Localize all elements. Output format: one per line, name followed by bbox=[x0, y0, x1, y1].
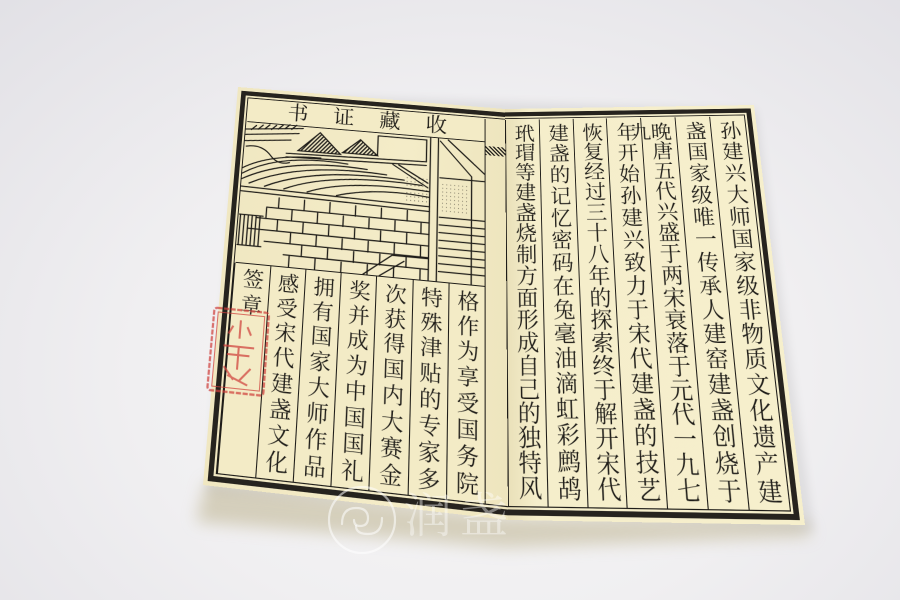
text-column: 次获得国内大赛金 bbox=[369, 276, 413, 494]
column-text: 感受宋代建盏文化 bbox=[263, 272, 298, 475]
text-column: 特殊津贴的专家多 bbox=[407, 280, 448, 499]
column-text: 次获得国内大赛金 bbox=[377, 282, 405, 487]
column-text: 玳瑁等建盏烧制方面形成自己的独特风 bbox=[512, 123, 540, 500]
book-spine bbox=[485, 118, 508, 505]
column-text: 特殊津贴的专家多 bbox=[416, 286, 442, 492]
column-text: 格作为享受国务院 bbox=[454, 289, 478, 496]
column-text: 奖并成为中国国礼 bbox=[339, 279, 369, 484]
fishtail-ornament bbox=[486, 145, 506, 156]
red-seal-icon bbox=[205, 305, 271, 398]
swirl-circle-logo-icon bbox=[326, 484, 398, 556]
column-text: 拥有国家大师作品 bbox=[301, 275, 334, 479]
right-page-text-columns: 孙建兴大师国家级非物质文化遗产建 盏国家级唯一传承人建窑建盏创烧于 晚唐五代兴盛… bbox=[505, 116, 789, 510]
certificate-left-page: 收藏证书 bbox=[203, 87, 508, 520]
column-text: 建盏的记忆密码在兔毫油滴虹彩鹧鸪 bbox=[546, 123, 579, 501]
watermark-text: 润盏 bbox=[404, 486, 516, 546]
certificate-right-page: 孙建兴大师国家级非物质文化遗产建 盏国家级唯一传承人建窑建盏创烧于 晚唐五代兴盛… bbox=[505, 105, 805, 525]
text-column: 格作为享受国务院 bbox=[446, 283, 485, 503]
